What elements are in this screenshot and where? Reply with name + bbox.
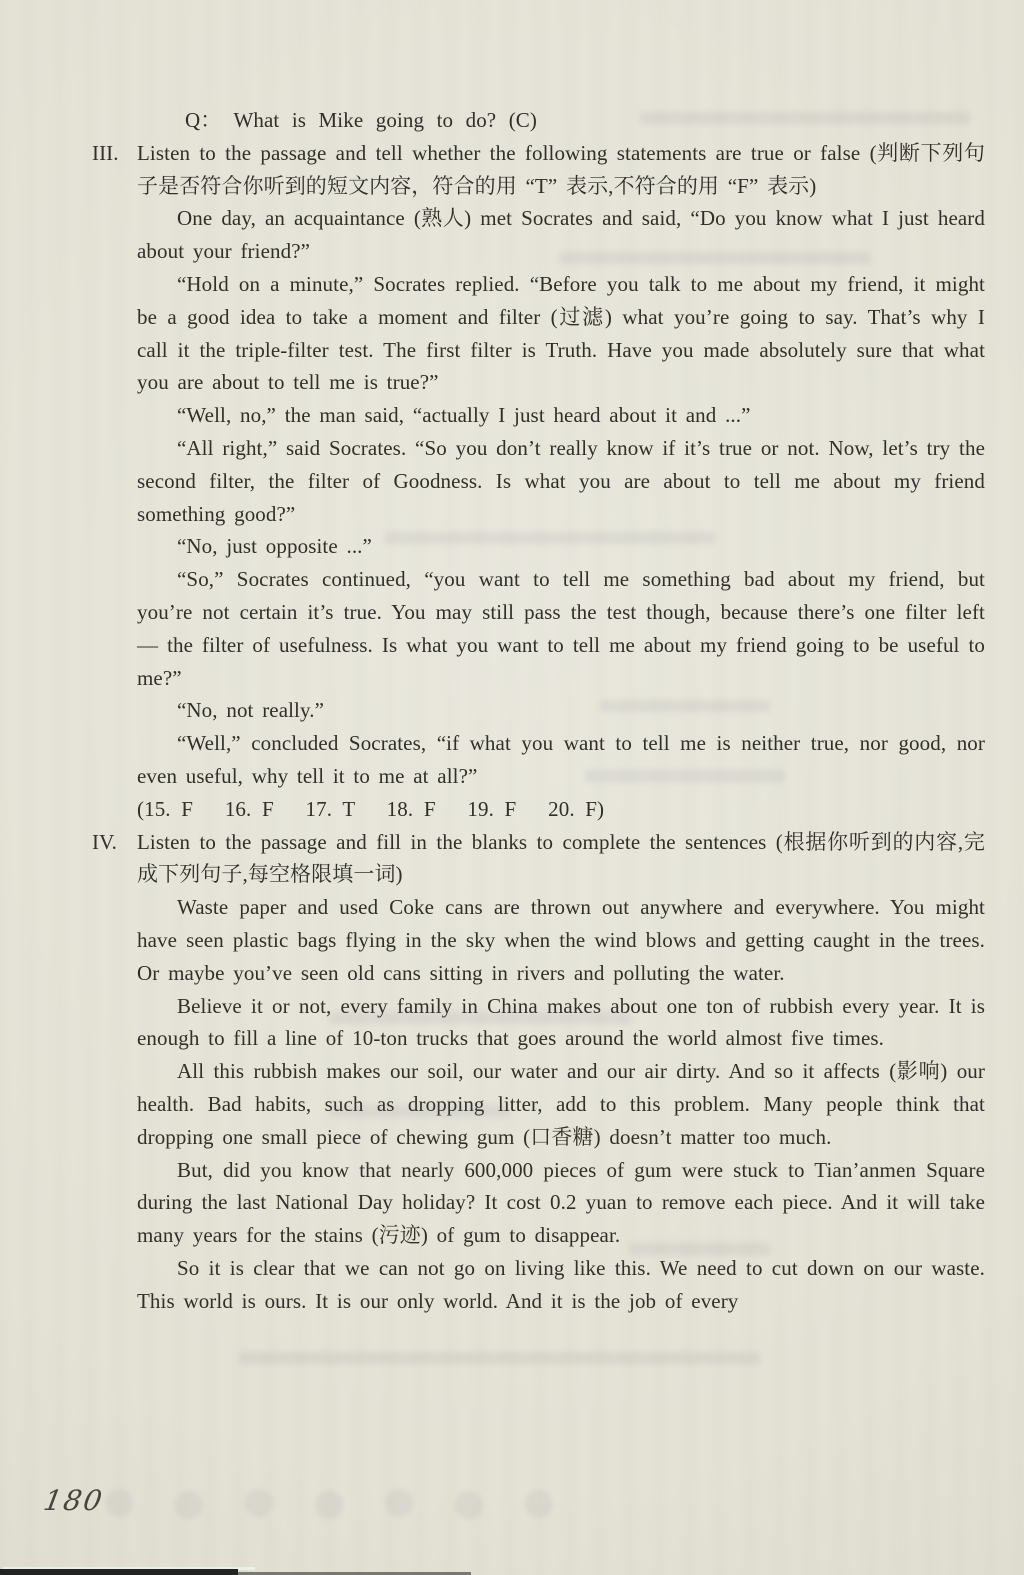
- question-answer-line: Q： What is Mike going to do? (C): [137, 104, 985, 137]
- passage-paragraph: “No, not really.”: [137, 694, 985, 727]
- scan-edge-shadow: [0, 1569, 238, 1575]
- passage-paragraph: “So,” Socrates continued, “you want to t…: [137, 563, 985, 694]
- section-iii-heading-text: Listen to the passage and tell whether t…: [137, 141, 985, 198]
- passage-paragraph: Believe it or not, every family in China…: [137, 990, 985, 1056]
- passage-paragraph: But, did you know that nearly 600,000 pi…: [137, 1154, 985, 1252]
- passage-paragraph: “No, just opposite ...”: [137, 530, 985, 563]
- passage-paragraph: “Well, no,” the man said, “actually I ju…: [137, 399, 985, 432]
- passage-paragraph: “Well,” concluded Socrates, “if what you…: [137, 727, 985, 793]
- section-iv-number: IV.: [92, 826, 137, 859]
- bleed-through-artifact: [240, 1352, 760, 1364]
- section-iii-heading: III. Listen to the passage and tell whet…: [137, 137, 985, 203]
- bleed-through-dots: [105, 1487, 625, 1521]
- scanned-textbook-page: Q： What is Mike going to do? (C) III. Li…: [0, 0, 1024, 1575]
- section-iv-heading: IV. Listen to the passage and fill in th…: [137, 826, 985, 892]
- page-number: 180: [41, 1484, 106, 1517]
- passage-paragraph: “All right,” said Socrates. “So you don’…: [137, 432, 985, 530]
- section-iii-number: III.: [92, 137, 137, 170]
- passage-paragraph: Waste paper and used Coke cans are throw…: [137, 891, 985, 989]
- answer-key-line: (15. F 16. F 17. T 18. F 19. F 20. F): [137, 793, 985, 826]
- section-iii-true-false: III. Listen to the passage and tell whet…: [137, 137, 985, 826]
- section-iv-heading-text: Listen to the passage and fill in the bl…: [137, 830, 985, 887]
- passage-paragraph: “Hold on a minute,” Socrates replied. “B…: [137, 268, 985, 399]
- page-text-block: Q： What is Mike going to do? (C) III. Li…: [137, 104, 985, 1317]
- passage-paragraph: All this rubbish makes our soil, our wat…: [137, 1055, 985, 1153]
- passage-paragraph: So it is clear that we can not go on liv…: [137, 1252, 985, 1318]
- passage-paragraph: One day, an acquaintance (熟人) met Socrat…: [137, 202, 985, 268]
- section-iv-fill-blanks: IV. Listen to the passage and fill in th…: [137, 826, 985, 1318]
